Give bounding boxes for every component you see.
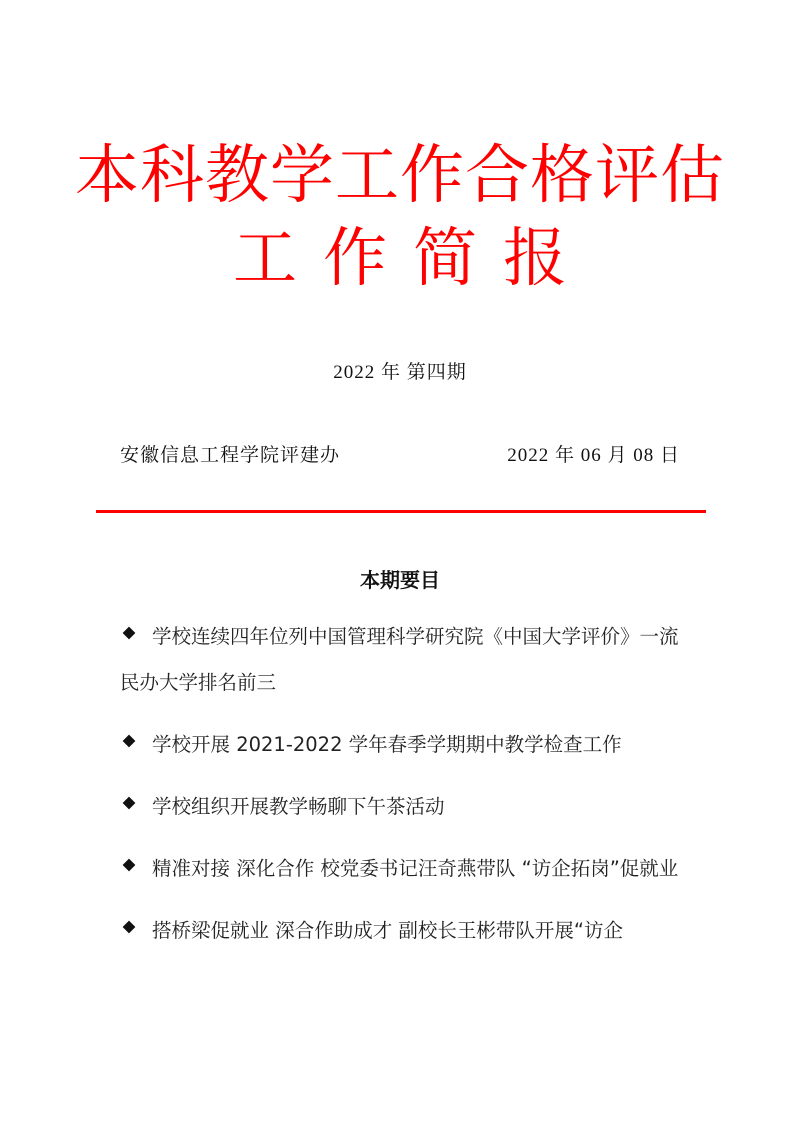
diamond-bullet-icon [123, 921, 136, 934]
toc-list: 学校连续四年位列中国管理科学研究院《中国大学评价》一流民办大学排名前三 学校开展… [120, 614, 692, 970]
publication-meta: 安徽信息工程学院评建办 2022 年 06 月 08 日 [120, 440, 680, 467]
publication-date: 2022 年 06 月 08 日 [507, 440, 680, 467]
issue-number: 2022 年 第四期 [0, 357, 800, 384]
newsletter-title: 本科教学工作合格评估 工作简报 [0, 136, 800, 302]
toc-item: 学校组织开展教学畅聊下午茶活动 [120, 784, 692, 830]
diamond-bullet-icon [123, 797, 136, 810]
diamond-bullet-icon [123, 859, 136, 872]
publisher: 安徽信息工程学院评建办 [120, 440, 340, 467]
toc-item: 学校连续四年位列中国管理科学研究院《中国大学评价》一流民办大学排名前三 [120, 614, 692, 706]
toc-item: 搭桥梁促就业 深合作助成才 副校长王彬带队开展“访企 [120, 908, 692, 954]
diamond-bullet-icon [123, 735, 136, 748]
toc-item-text: 学校组织开展教学畅聊下午茶活动 [152, 795, 445, 818]
toc-item: 学校开展 2021-2022 学年春季学期期中教学检查工作 [120, 722, 692, 768]
toc-item-text: 精准对接 深化合作 校党委书记汪奇燕带队 “访企拓岗”促就业 [152, 857, 678, 880]
toc-item-text: 学校连续四年位列中国管理科学研究院《中国大学评价》一流民办大学排名前三 [120, 625, 679, 694]
toc-item-text: 搭桥梁促就业 深合作助成才 副校长王彬带队开展“访企 [152, 919, 623, 942]
toc-item-text: 学校开展 2021-2022 学年春季学期期中教学检查工作 [152, 733, 622, 756]
toc-heading: 本期要目 [0, 564, 800, 593]
title-line-2: 工作简报 [0, 216, 800, 302]
title-line-1: 本科教学工作合格评估 [0, 136, 800, 216]
header-divider [96, 510, 706, 513]
toc-item: 精准对接 深化合作 校党委书记汪奇燕带队 “访企拓岗”促就业 [120, 846, 692, 892]
diamond-bullet-icon [123, 627, 136, 640]
